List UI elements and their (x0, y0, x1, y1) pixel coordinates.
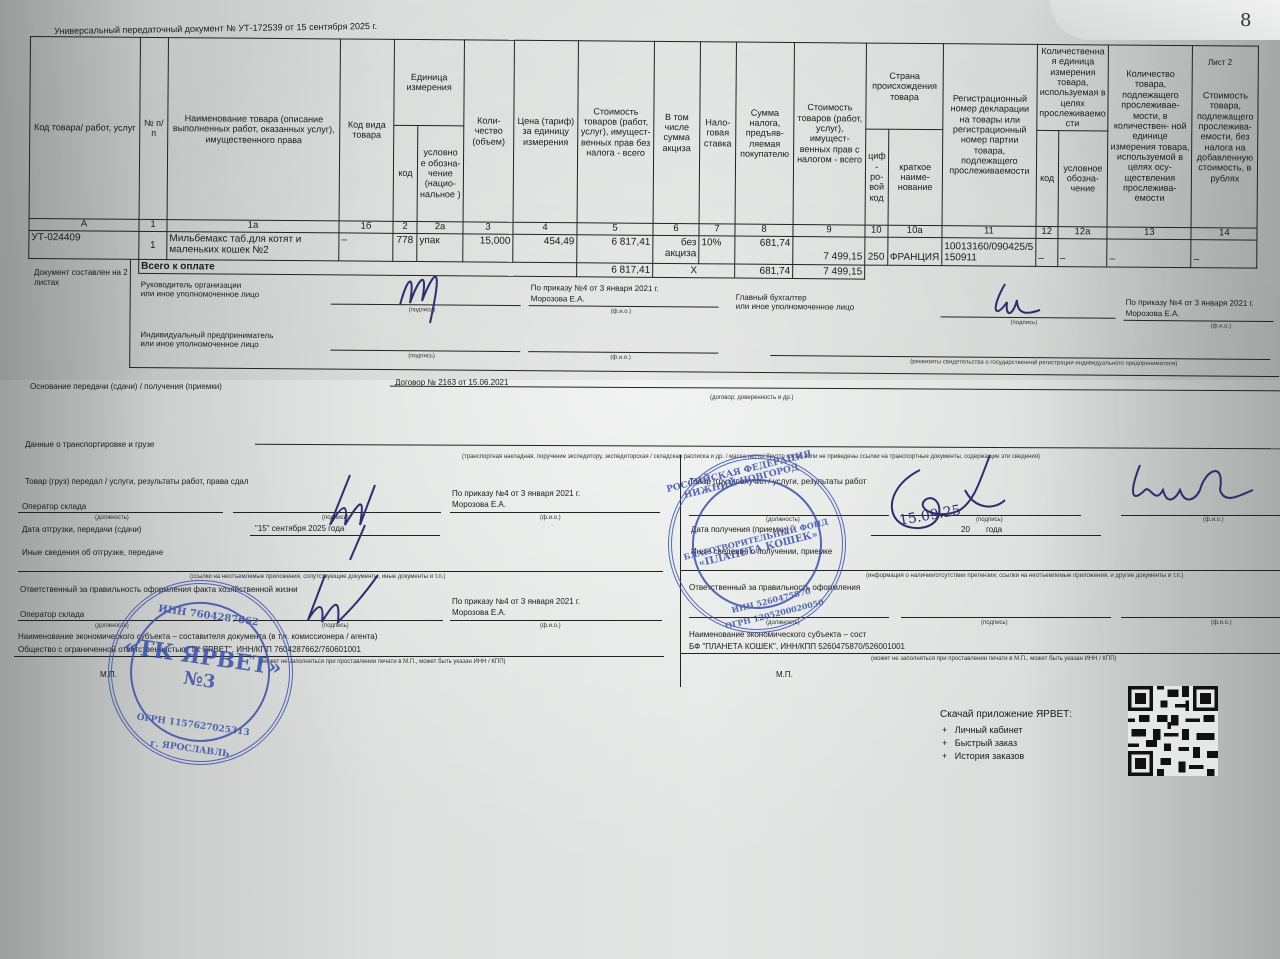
receiver-entity-caption: (может не заполняться при проставлении п… (871, 656, 1117, 662)
cell-qty: 15,000 (463, 234, 513, 262)
colnum: 8 (735, 224, 793, 236)
accountant-fio-caption: (ф.и.о.) (1210, 323, 1231, 329)
sender-responsible-fio-line (450, 620, 662, 621)
receiver-entity-value: БФ "ПЛАНЕТА КОШЕК", ИНН/КПП 5260475870/5… (689, 642, 905, 651)
header-cost-no-tax: Стоимость товаров (работ, услуг), имущес… (577, 41, 654, 223)
promo-item: + История заказов (942, 750, 1024, 763)
head-signature (390, 255, 450, 325)
sender-responsible-signature (300, 570, 380, 630)
header-track-qty: Количество товара, подлежащего прослежив… (1107, 45, 1192, 227)
promo-item: + Личный кабинет (942, 724, 1024, 737)
header-track-cost: Стоимость товара, подлежащего прослежива… (1191, 46, 1258, 228)
plus-icon: + (942, 751, 947, 761)
header-track-unit-code: код (1036, 130, 1058, 226)
head-label: Руководитель организации или иное уполно… (141, 280, 260, 299)
promo-item-label: Личный кабинет (955, 725, 1023, 735)
colnum: 10а (888, 225, 942, 237)
header-num: № п/п (139, 37, 168, 219)
sender-responsible-position: Оператор склада (20, 610, 84, 619)
colnum: 5 (577, 223, 653, 236)
header-tax-sum: Сумма налога, предъяв- ляемая покупателю (735, 42, 794, 224)
plus-icon: + (942, 738, 947, 748)
cell-decl-num: 10013160/090425/5 150911 (942, 237, 1036, 266)
head-fio-line (529, 305, 719, 307)
cell-code: УТ-024409 (29, 230, 139, 259)
header-country-code: циф - ро- вой код (865, 129, 888, 225)
cell-kind-code: – (339, 233, 393, 261)
promo-item: + Быстрый заказ (942, 737, 1024, 750)
sender-responsible-name: Морозова Е.А. (452, 608, 506, 617)
promo-list: + Личный кабинет + Быстрый заказ + Истор… (942, 724, 1024, 763)
signatures-block: Руководитель организации или иное уполно… (129, 260, 1280, 377)
header-country-name: краткое наиме- нование (888, 129, 943, 225)
header-unit-code: код (393, 125, 418, 221)
receiver-responsible-fio-line (1121, 617, 1280, 618)
head-order: По приказу №4 от 3 января 2021 г. (531, 283, 659, 293)
colnum: 2 (393, 221, 417, 233)
cell-cost-no-tax: 6 817,41 (577, 235, 653, 264)
cell-cost-with-tax: 7 499,15 (793, 236, 865, 265)
header-track-unit-name: условное обозна- чение (1058, 130, 1109, 226)
cell-price: 454,49 (513, 234, 577, 263)
colnum: 14 (1191, 227, 1257, 240)
sender-fio-caption: (ф.и.о.) (540, 515, 561, 521)
accountant-order: По приказу №4 от 3 января 2021 г. (1126, 298, 1254, 308)
sender-position: Оператор склада (22, 502, 86, 511)
receiver-entity-label: Наименование экономического субъекта – с… (689, 630, 866, 639)
colnum: 1 (139, 219, 167, 231)
accountant-fio-line (1124, 320, 1274, 322)
cell-tax-sum: 681,74 (735, 236, 793, 264)
sender-fio-line (450, 512, 660, 513)
sender-other-label: Иные сведения об отгрузке, передаче (22, 548, 163, 557)
header-decl-num: Регистрационный номер декларации на това… (942, 44, 1037, 226)
colnum: 9 (793, 224, 865, 237)
head-fio-caption: (ф.и.о.) (611, 309, 632, 315)
cell-name: Мильбемакс таб.для котят и маленьких кош… (167, 231, 339, 260)
ip-label-line2: или иное уполномоченное лицо (140, 339, 273, 349)
colnum: 1б (339, 221, 393, 233)
accountant-name: Морозова Е.А. (1126, 309, 1180, 318)
receiver-signature: 15.09.25 (880, 450, 1010, 540)
promo-item-label: История заказов (955, 751, 1024, 761)
accountant-signature-caption: (подпись) (1011, 320, 1038, 326)
accountant-signature (985, 280, 1045, 320)
sender-responsible-order: По приказу №4 от 3 января 2021 г. (452, 597, 580, 606)
colnum: 12а (1058, 226, 1108, 238)
colnum: 7 (699, 224, 735, 236)
accountant-label: Главный бухгалтер или иное уполномоченно… (736, 293, 855, 312)
plus-icon: + (942, 725, 947, 735)
goods-table-wrap: Код товара/ работ, услуг № п/п Наименова… (28, 36, 1280, 283)
receiver-responsible-fio-caption: (ф.и.о.) (1211, 620, 1232, 626)
sender-signature (320, 470, 390, 560)
qr-code-icon[interactable] (1128, 686, 1218, 776)
cell-num: 1 (139, 231, 167, 259)
head-name: Морозова Е.А. (531, 294, 585, 303)
seller-stamp-city: г. ЯРОСЛАВЛЬ (150, 739, 230, 760)
ip-fio-caption: (ф.и.о.) (610, 355, 631, 361)
sender-name: Морозова Е.А. (452, 500, 506, 509)
head-label-line2: или иное уполномоченное лицо (141, 289, 259, 299)
colnum: 12 (1036, 226, 1058, 238)
colnum: 10 (865, 225, 888, 237)
ip-label: Индивидуальный предприниматель или иное … (140, 330, 273, 349)
cell-track-unit-name: – (1057, 238, 1107, 266)
header-excise: В том числе сумма акциза (653, 41, 700, 223)
colnum: 2а (417, 221, 463, 233)
cell-track-cost: – (1191, 239, 1257, 268)
header-name: Наименование товара (описание выполненны… (167, 38, 340, 221)
promo-title: Скачай приложение ЯРВЕТ: (940, 709, 1072, 720)
header-tax-rate: Нало- говая ставка (699, 42, 736, 224)
header-unit: Единица измерения (394, 39, 465, 125)
header-kind-code: Код вида товара (339, 39, 394, 221)
pages-note: Документ составлен на 2 листах (34, 268, 129, 287)
basis-label: Основание передачи (сдачи) / получения (… (30, 382, 222, 391)
colnum: 11 (942, 225, 1036, 238)
header-code: Код товара/ работ, услуг (29, 37, 140, 220)
colnum: 4 (513, 222, 577, 235)
ip-signature-line[interactable] (330, 350, 520, 352)
ip-signature-caption: (подпись) (408, 353, 435, 359)
colnum: 6 (653, 223, 699, 235)
header-cost-with-tax: Стоимость товаров (работ, услуг), имущес… (793, 43, 866, 225)
goods-table: Код товара/ работ, услуг № п/п Наименова… (28, 36, 1259, 283)
transport-label: Данные о транспортировке и грузе (25, 440, 154, 449)
sender-order: По приказу №4 от 3 января 2021 г. (452, 489, 580, 498)
basis-caption: (договор; доверенность и др.) (710, 395, 793, 401)
accountant-label-line2: или иное уполномоченное лицо (736, 302, 854, 312)
header-price: Цена (тариф) за единицу измерения (513, 40, 578, 222)
colnum: 3 (463, 222, 513, 234)
sender-handed-label: Товар (груз) передал / услуги, результат… (25, 477, 249, 486)
receiver-responsible-signature-caption: (подпись) (981, 620, 1008, 626)
ship-date-label: Дата отгрузки, передачи (сдачи) (22, 525, 141, 534)
cell-excise: без акциза (653, 235, 699, 263)
receiver-mp: М.П. (776, 670, 793, 679)
sheet-handwritten-mark: 8 (1240, 10, 1251, 31)
receiver-other-caption: (информация о наличии/отсутствии претенз… (866, 573, 1183, 579)
ip-fio-line (528, 351, 718, 353)
cell-track-unit-code: – (1036, 238, 1058, 266)
sender-position-caption: (должность) (95, 515, 129, 521)
header-track-unit: Количественна я единица измерения товара… (1037, 44, 1109, 130)
receiver-fio-caption: (ф.и.о.) (1203, 517, 1224, 523)
receiver-entity-line (681, 653, 1280, 654)
sender-position-line (18, 512, 223, 513)
colnum: А (29, 218, 139, 231)
promo-item-label: Быстрый заказ (955, 738, 1017, 748)
cell-track-qty: – (1107, 239, 1191, 268)
ip-reg-caption: (реквизиты свидетельства о государственн… (910, 359, 1177, 367)
cell-country-code: 250 (865, 237, 888, 265)
sender-entity-caption: (может не заполняться при проставлении п… (260, 659, 506, 665)
header-qty: Коли- чество (объем) (463, 40, 514, 222)
sender-responsible-fio-caption: (ф.и.о.) (540, 623, 561, 629)
header-country: Страна происхождения товара (866, 43, 944, 129)
receiver-fio-line (1121, 515, 1280, 516)
colnum: 13 (1107, 227, 1191, 240)
header-unit-name: условно е обозна- чение (нацио- нальное … (417, 125, 464, 221)
cell-country-name: ФРАНЦИЯ (887, 237, 942, 265)
receiver-fio-signature (1125, 460, 1255, 510)
receiver-responsible-signature-line[interactable] (901, 617, 1111, 618)
cell-tax-rate: 10% (699, 236, 735, 264)
